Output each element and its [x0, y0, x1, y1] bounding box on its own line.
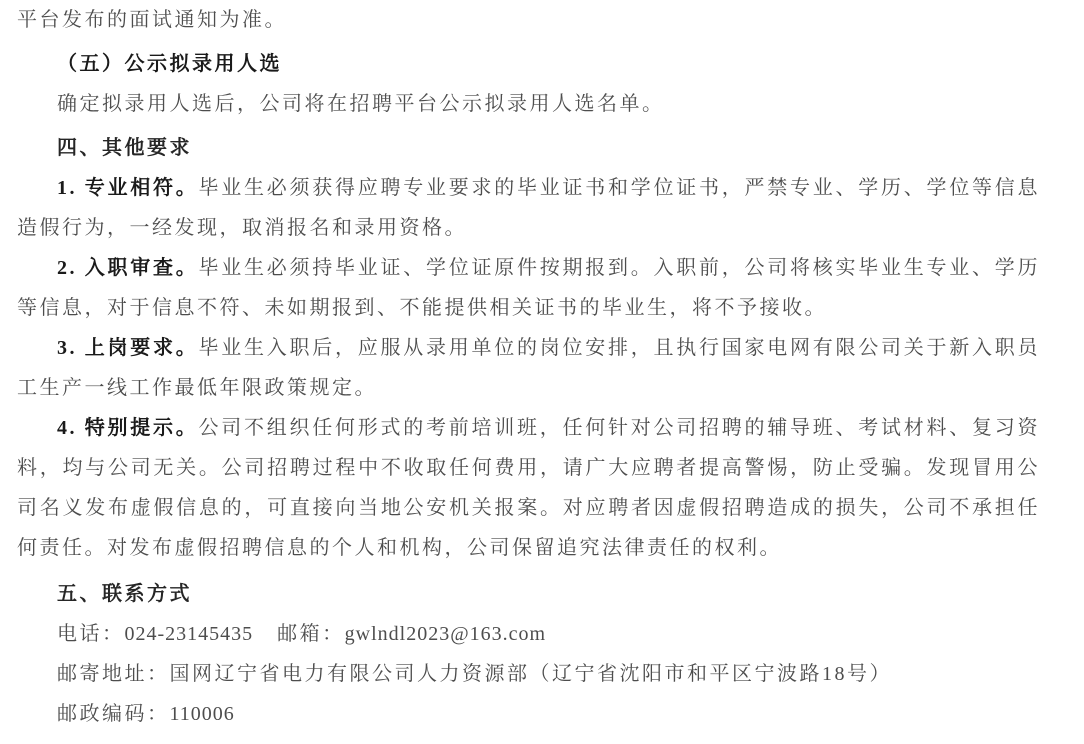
- requirement-item-2: 2. 入职审查。毕业生必须持毕业证、学位证原件按期报到。入职前，公司将核实毕业生…: [17, 248, 1040, 328]
- contact-mailing-address-line: 邮寄地址：国网辽宁省电力有限公司人力资源部（辽宁省沈阳市和平区宁波路18号）: [17, 654, 1040, 694]
- paragraph-publicity-body: 确定拟录用人选后，公司将在招聘平台公示拟录用人选名单。: [17, 84, 1040, 124]
- address-label: 邮寄地址：: [57, 663, 170, 685]
- phone-number: 024-23145435: [125, 623, 254, 645]
- contact-phone-email-line: 电话：024-23145435邮箱：gwlndl2023@163.com: [17, 614, 1040, 654]
- heading-publicity-of-candidates: （五）公示拟录用人选: [17, 44, 1040, 84]
- requirement-item-2-lead: 2. 入职审查。: [57, 257, 199, 279]
- paragraph-interview-notice-continuation: 平台发布的面试通知为准。: [17, 0, 1040, 40]
- postcode-label: 邮政编码：: [57, 703, 170, 725]
- phone-label: 电话：: [57, 623, 125, 645]
- requirement-item-3-lead: 3. 上岗要求。: [57, 337, 199, 359]
- heading-contact-info: 五、联系方式: [17, 574, 1040, 614]
- heading-other-requirements: 四、其他要求: [17, 128, 1040, 168]
- email-address: gwlndl2023@163.com: [345, 623, 546, 645]
- requirement-item-4-lead: 4. 特别提示。: [57, 417, 199, 439]
- document-content: 平台发布的面试通知为准。 （五）公示拟录用人选 确定拟录用人选后，公司将在招聘平…: [0, 0, 1084, 734]
- mailing-address: 国网辽宁省电力有限公司人力资源部（辽宁省沈阳市和平区宁波路18号）: [170, 663, 893, 685]
- email-label: 邮箱：: [277, 623, 345, 645]
- contact-postcode-line: 邮政编码：110006: [17, 694, 1040, 734]
- postcode: 110006: [170, 703, 235, 725]
- requirement-item-1: 1. 专业相符。毕业生必须获得应聘专业要求的毕业证书和学位证书，严禁专业、学历、…: [17, 168, 1040, 248]
- document-page: 平台发布的面试通知为准。 （五）公示拟录用人选 确定拟录用人选后，公司将在招聘平…: [0, 0, 1084, 744]
- requirement-item-4: 4. 特别提示。公司不组织任何形式的考前培训班，任何针对公司招聘的辅导班、考试材…: [17, 408, 1040, 568]
- requirement-item-1-lead: 1. 专业相符。: [57, 177, 199, 199]
- requirement-item-3: 3. 上岗要求。毕业生入职后，应服从录用单位的岗位安排，且执行国家电网有限公司关…: [17, 328, 1040, 408]
